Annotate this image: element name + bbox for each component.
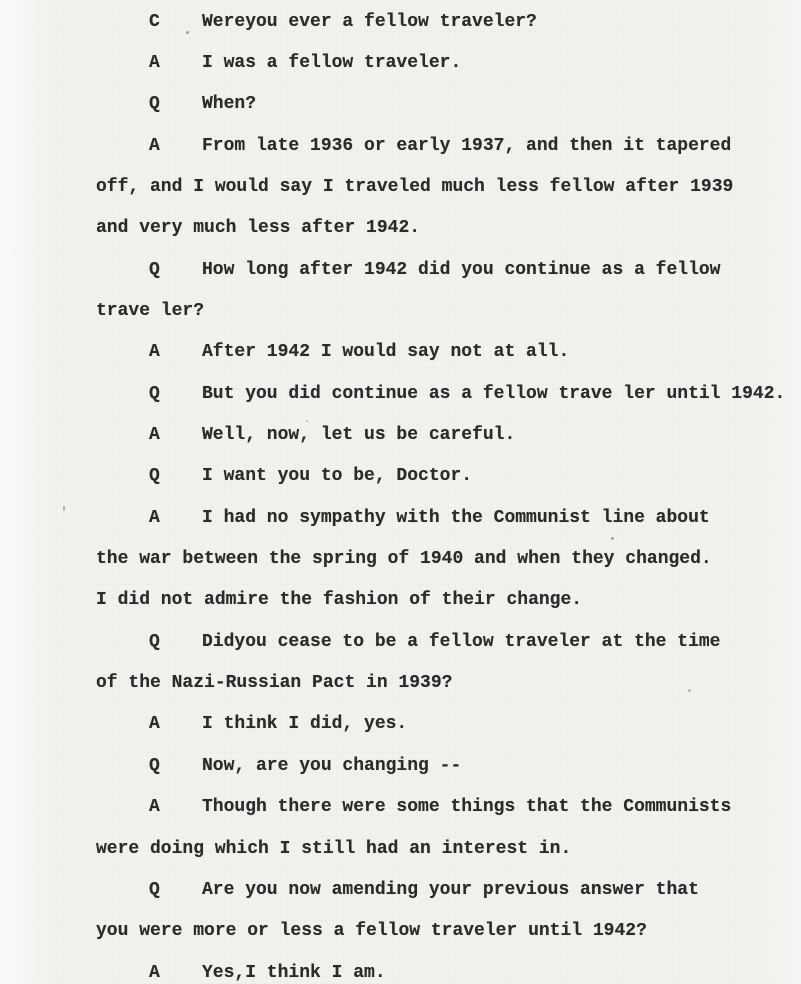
speaker-marker: A: [149, 796, 160, 818]
speaker-marker: Q: [149, 465, 160, 487]
transcript-line: QNow, are you changing --: [0, 755, 801, 777]
line-text: I had no sympathy with the Communist lin…: [202, 507, 710, 529]
speaker-marker: Q: [149, 879, 160, 901]
speaker-marker: A: [149, 962, 160, 984]
line-text: From late 1936 or early 1937, and then i…: [202, 135, 731, 157]
line-text: When?: [202, 93, 256, 115]
transcript-line: QI want you to be, Doctor.: [0, 465, 801, 487]
line-text: off, and I would say I traveled much les…: [96, 176, 733, 198]
line-text: Wereyou ever a fellow traveler?: [202, 11, 537, 33]
speaker-marker: Q: [149, 755, 160, 777]
line-text: How long after 1942 did you continue as …: [202, 259, 720, 281]
scan-artifact: [611, 537, 614, 540]
line-text: and very much less after 1942.: [96, 217, 420, 239]
scan-artifact: [306, 420, 308, 422]
line-text: Yes,I think I am.: [202, 962, 386, 984]
speaker-marker: A: [149, 52, 160, 74]
line-text: Are you now amending your previous answe…: [202, 879, 699, 901]
transcript-line: AThough there were some things that the …: [0, 796, 801, 818]
speaker-marker: Q: [149, 631, 160, 653]
transcript-line: the war between the spring of 1940 and w…: [0, 548, 801, 570]
transcript-line: AYes,I think I am.: [0, 962, 801, 984]
line-text: trave ler?: [96, 300, 204, 322]
transcript-line: AI think I did, yes.: [0, 713, 801, 735]
transcript-line: QHow long after 1942 did you continue as…: [0, 259, 801, 281]
transcript-line: were doing which I still had an interest…: [0, 838, 801, 860]
line-text: I did not admire the fashion of their ch…: [96, 589, 582, 611]
transcript-line: AI had no sympathy with the Communist li…: [0, 507, 801, 529]
transcript-line: QWhen?: [0, 93, 801, 115]
line-text: Now, are you changing --: [202, 755, 461, 777]
speaker-marker: Q: [149, 259, 160, 281]
line-text: Didyou cease to be a fellow traveler at …: [202, 631, 720, 653]
scan-artifact: [186, 31, 189, 34]
document-page: CWereyou ever a fellow traveler?AI was a…: [0, 0, 801, 984]
speaker-marker: Q: [149, 383, 160, 405]
line-text: were doing which I still had an interest…: [96, 838, 571, 860]
scan-artifact: [63, 506, 65, 511]
transcript-line: AFrom late 1936 or early 1937, and then …: [0, 135, 801, 157]
transcript-line: off, and I would say I traveled much les…: [0, 176, 801, 198]
transcript-line: I did not admire the fashion of their ch…: [0, 589, 801, 611]
speaker-marker: Q: [149, 93, 160, 115]
line-text: After 1942 I would say not at all.: [202, 341, 569, 363]
line-text: Well, now, let us be careful.: [202, 424, 515, 446]
transcript-line: QDidyou cease to be a fellow traveler at…: [0, 631, 801, 653]
line-text: But you did continue as a fellow trave l…: [202, 383, 785, 405]
transcript-line: trave ler?: [0, 300, 801, 322]
line-text: the war between the spring of 1940 and w…: [96, 548, 712, 570]
scan-artifact: [688, 689, 691, 692]
speaker-marker: C: [149, 11, 160, 33]
line-text: I was a fellow traveler.: [202, 52, 461, 74]
transcript-line: CWereyou ever a fellow traveler?: [0, 11, 801, 33]
speaker-marker: A: [149, 424, 160, 446]
line-text: I want you to be, Doctor.: [202, 465, 472, 487]
transcript-line: AI was a fellow traveler.: [0, 52, 801, 74]
line-text: Though there were some things that the C…: [202, 796, 731, 818]
transcript-line: of the Nazi-Russian Pact in 1939?: [0, 672, 801, 694]
line-text: of the Nazi-Russian Pact in 1939?: [96, 672, 452, 694]
speaker-marker: A: [149, 341, 160, 363]
transcript-line: QAre you now amending your previous answ…: [0, 879, 801, 901]
line-text: I think I did, yes.: [202, 713, 407, 735]
speaker-marker: A: [149, 507, 160, 529]
line-text: you were more or less a fellow traveler …: [96, 920, 647, 942]
transcript-line: AWell, now, let us be careful.: [0, 424, 801, 446]
speaker-marker: A: [149, 135, 160, 157]
transcript-line: you were more or less a fellow traveler …: [0, 920, 801, 942]
transcript-line: QBut you did continue as a fellow trave …: [0, 383, 801, 405]
transcript-line: AAfter 1942 I would say not at all.: [0, 341, 801, 363]
transcript-line: and very much less after 1942.: [0, 217, 801, 239]
speaker-marker: A: [149, 713, 160, 735]
